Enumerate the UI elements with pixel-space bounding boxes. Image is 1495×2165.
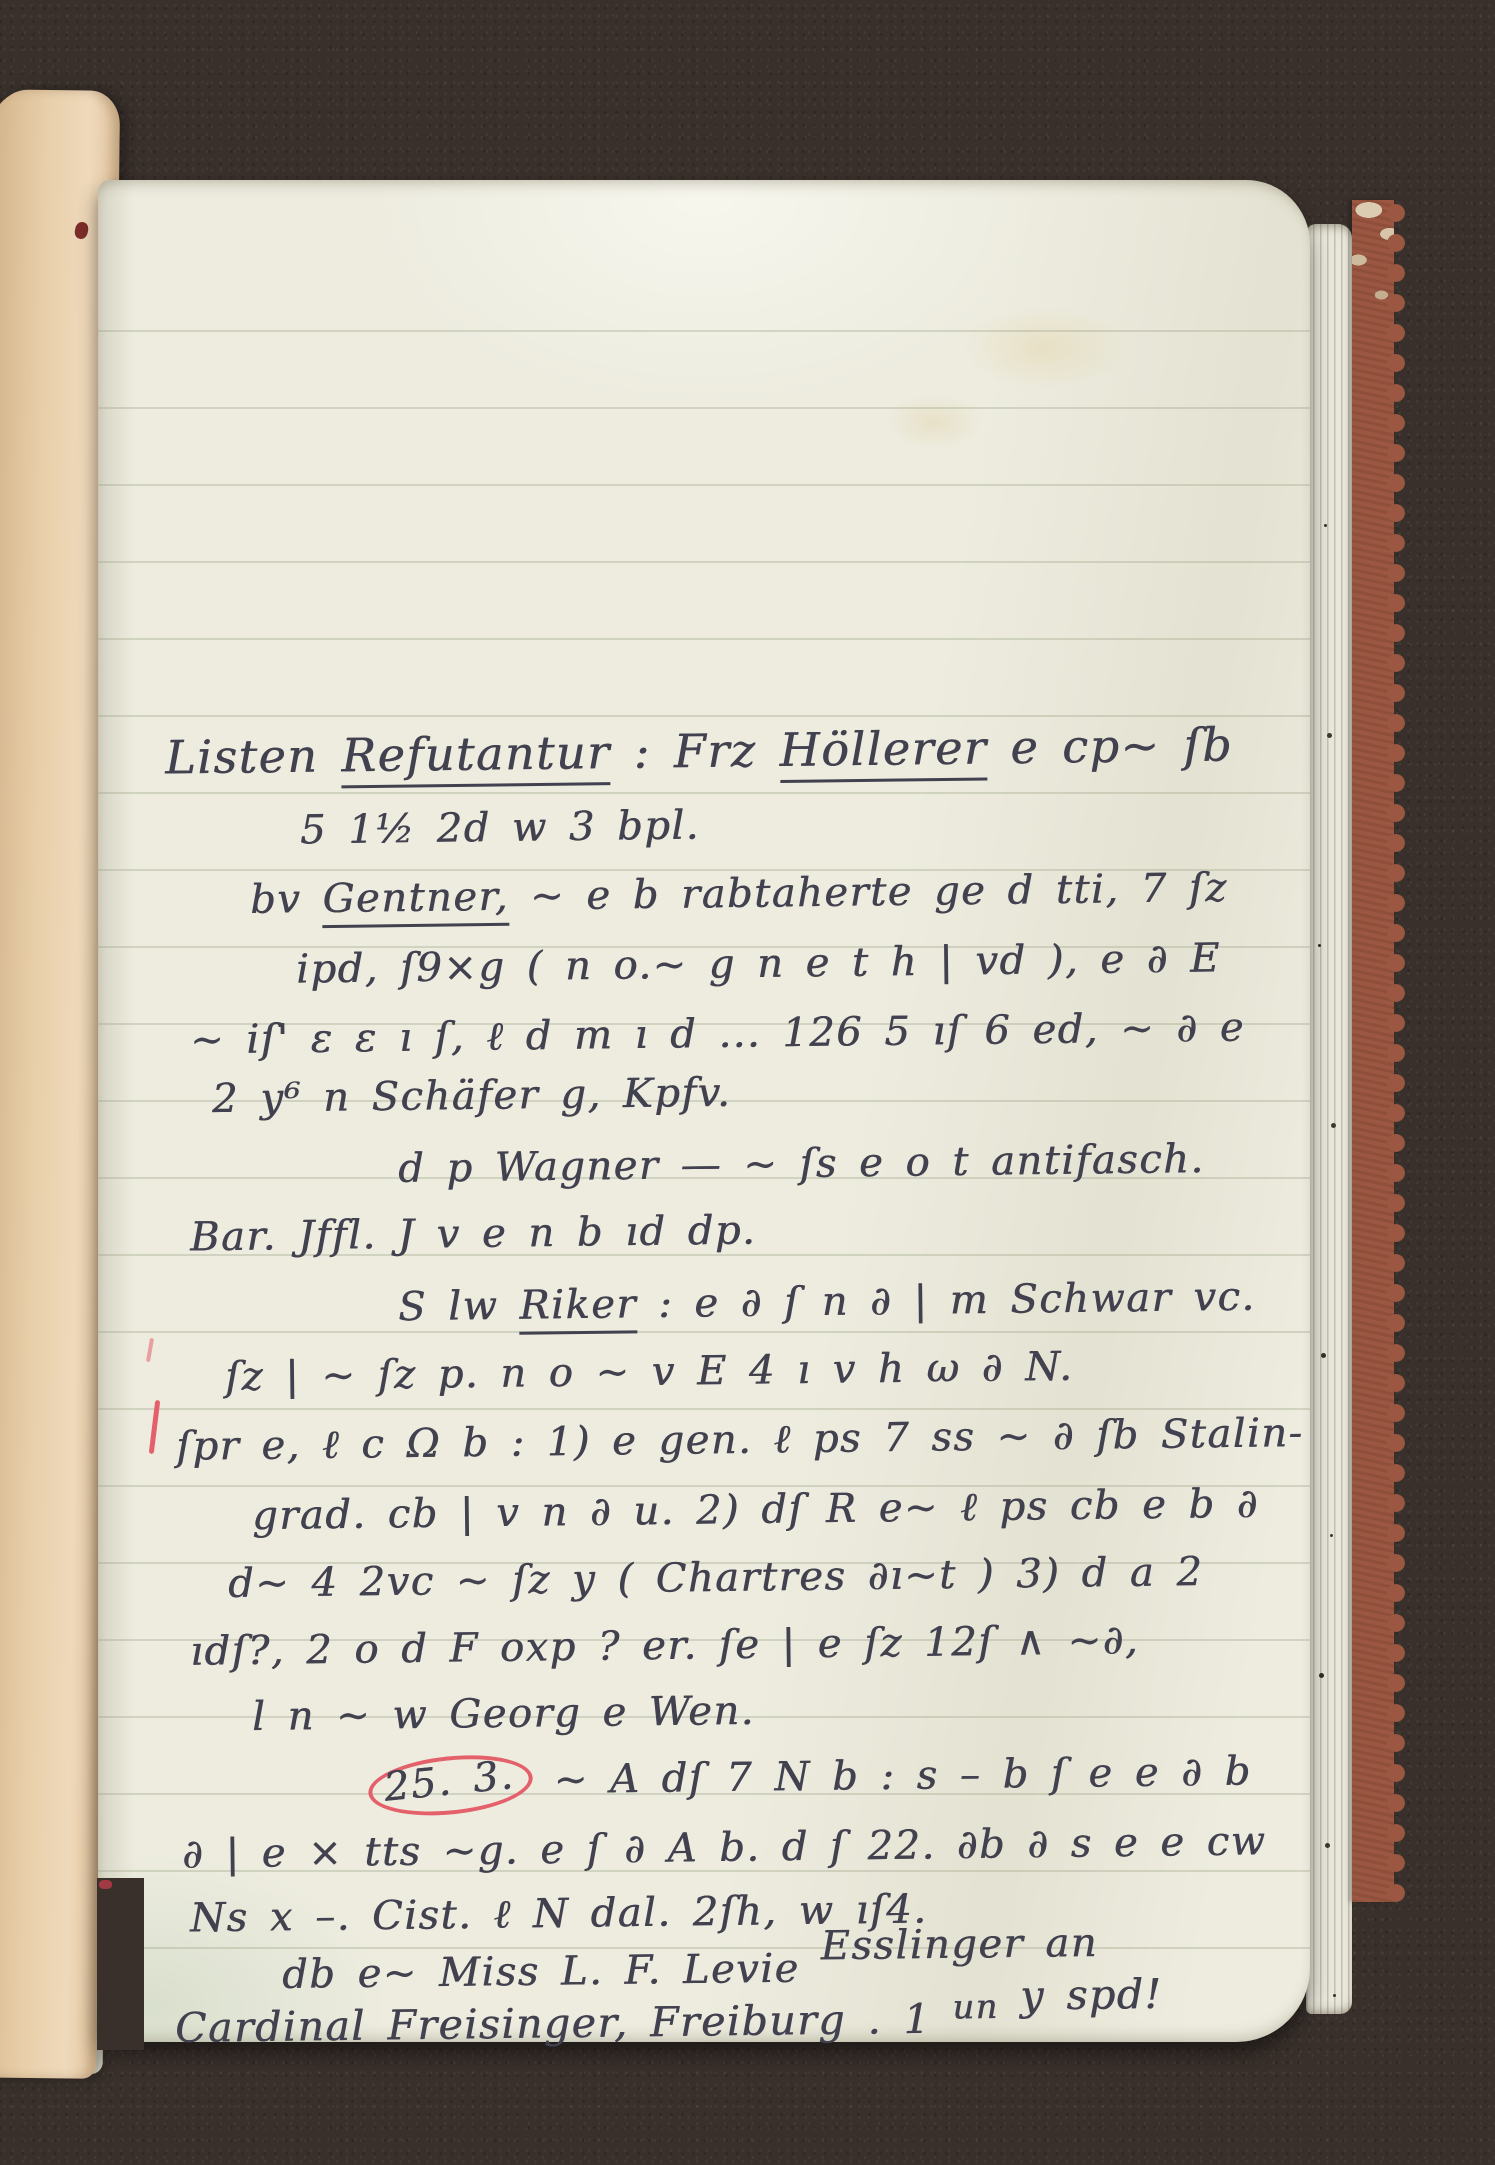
- handwritten-line-14: ıdſ?, 2 o d F oxp ? er. ſe | e ſz 12ſ ∧ …: [190, 1618, 1139, 1674]
- handwritten-line-5: ~ iſ' ε ε ı ſ, ℓ d m ı d ... 126 5 ıſ 6 …: [190, 1006, 1245, 1063]
- handwritten-line-4: ipd, ſ9×g ( n o.~ g n e t h | vd ), e ∂ …: [296, 936, 1221, 991]
- handwritten-line-18: Ns x –. Cist. ℓ N dal. 2ſh, w ıſ4.: [190, 1887, 928, 1940]
- handwritten-line-15: l n ~ w Georg e Wen.: [252, 1689, 755, 1739]
- handwritten-line-10: ſz | ~ ſz p. n o ~ v E 4 ı v h ω ∂ N.: [225, 1345, 1074, 1399]
- handwritten-line-9: S lw Riker : e ∂ ſ n ∂ | m Schwar vc.: [398, 1275, 1256, 1329]
- handwritten-line-2: 5 1½ 2d w 3 bpl.: [300, 804, 700, 853]
- handwritten-line-6: 2 y⁶ n Schäfer g, Kpfv.: [212, 1071, 732, 1121]
- handwritten-line-13: d~ 4 2vc ~ ſz y ( Chartres ∂ı~t ) 3) d a…: [228, 1550, 1204, 1606]
- handwritten-line-12: grad. cb | v n ∂ u. 2) dſ R e~ ℓ ps cb e…: [252, 1482, 1259, 1538]
- handwritten-line-17: ∂ | e × tts ~g. e ſ ∂ A b. d ſ 22. ∂b ∂ …: [182, 1819, 1267, 1876]
- handwritten-line-11: ſpr e, ℓ c Ω b : 1) e gen. ℓ ps 7 ss ~ ∂…: [176, 1411, 1304, 1469]
- circled-date: 25. 3.: [366, 1748, 535, 1822]
- handwritten-line-3: bv Gentner, ~ e b rabtaherte ge d tti, 7…: [250, 866, 1228, 922]
- handwriting-layer: Listen Refutantur : Frz Höllerer e cp~ ſ…: [0, 0, 1495, 2165]
- handwritten-line-7: d p Wagner — ~ ſs e o t antifasch.: [398, 1137, 1205, 1191]
- bottom-left-gap: [97, 1878, 144, 2050]
- handwritten-line-16: 25. 3. ~ A dſ 7 N b : s – b ſ e e ∂ b: [368, 1747, 1252, 1816]
- handwritten-line-20: Cardinal Freisinger, Freiburg . 1 un y s…: [175, 1994, 1163, 2051]
- handwritten-line-8: Bar. Jffl. J v e n b ıd dp.: [190, 1209, 757, 1260]
- handwritten-line-1: Listen Refutantur : Frz Höllerer e cp~ ſ…: [165, 719, 1234, 783]
- red-speck-bottom: [99, 1880, 112, 1889]
